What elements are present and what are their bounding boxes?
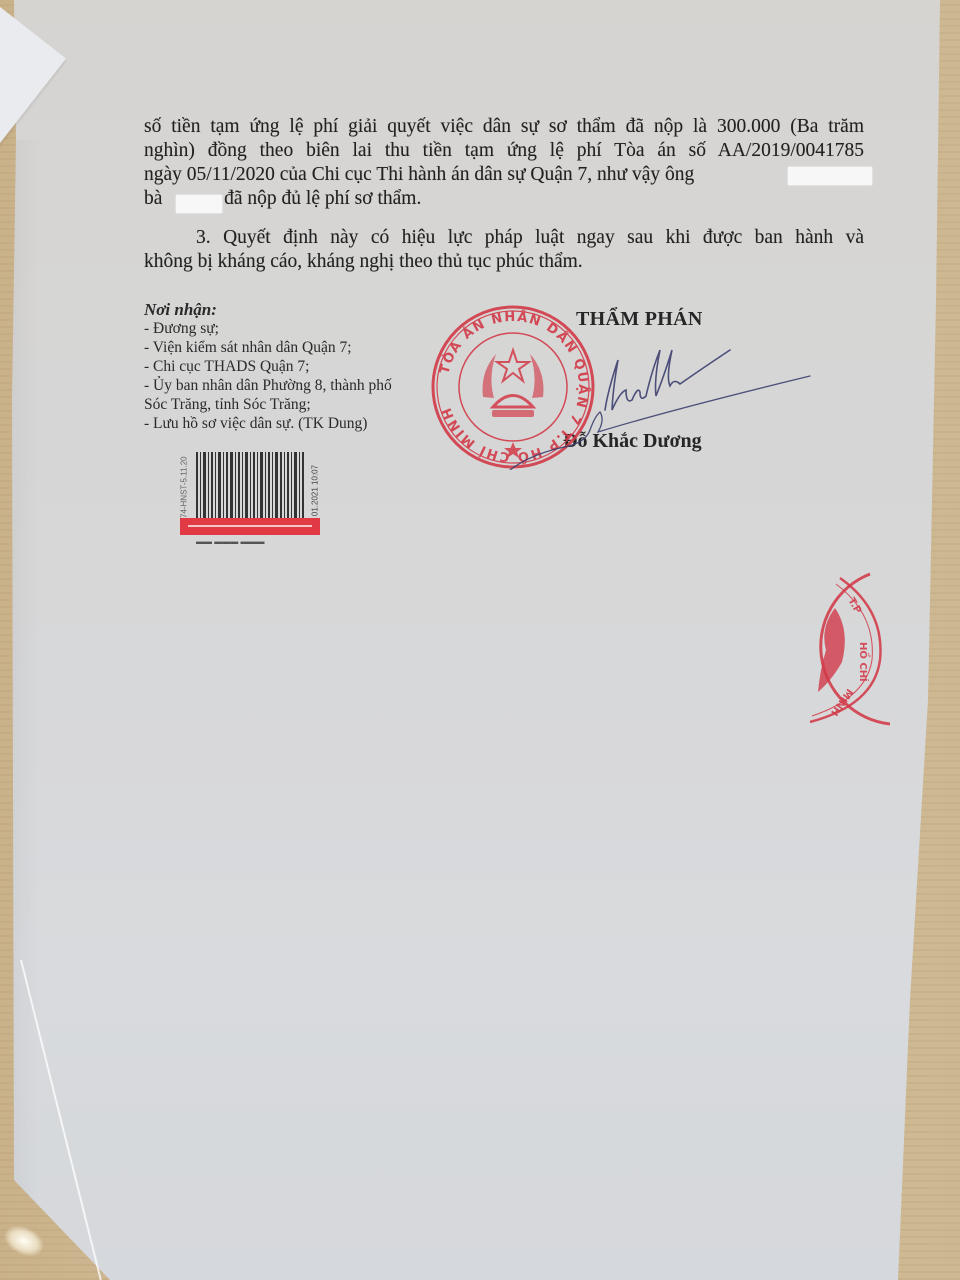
recipient-item: Sóc Trăng, tỉnh Sóc Trăng; [144, 395, 392, 414]
recipient-item: - Lưu hồ sơ việc dân sự. (TK Dung) [144, 414, 392, 433]
recipient-item: - Chi cục THADS Quận 7; [144, 357, 392, 376]
partial-court-seal-stamp: T.P HỒ CHÍ MINH [790, 570, 890, 730]
paragraph-line: ngày 05/11/2020 của Chi cục Thi hành án … [144, 163, 864, 187]
barcode-timestamp: 01.2021 10:07 [311, 456, 320, 526]
barcode-side-text: 074-HNST-5.11.20 [180, 463, 189, 523]
svg-text:MINH: MINH [828, 686, 854, 717]
paragraph-effect-clause: 3. Quyết định này có hiệu lực pháp luật … [144, 226, 864, 274]
paragraph-line: không bị kháng cáo, kháng nghị theo thủ … [144, 250, 864, 274]
recipients-list: Nơi nhận: - Đương sự; - Viện kiểm sát nh… [144, 300, 392, 433]
paragraph-line: 3. Quyết định này có hiệu lực pháp luật … [144, 226, 864, 250]
recipients-title: Nơi nhận: [144, 300, 392, 319]
barcode-label: 074-HNST-5.11.20 01.2021 10:07 ▬▬ ▬▬▬ ▬▬… [160, 448, 320, 548]
recipient-item: - Đương sự; [144, 319, 392, 338]
recipient-item: - Viện kiểm sát nhân dân Quận 7; [144, 338, 392, 357]
svg-text:HỒ CHÍ: HỒ CHÍ [857, 642, 872, 682]
partial-stamp-text: T.P [845, 596, 863, 616]
barcode-footer-text: ▬▬ ▬▬▬ ▬▬▬ [196, 537, 264, 546]
redacted-name-box [788, 167, 872, 185]
paragraph-line-start: bà [144, 188, 162, 209]
paragraph-line: số tiền tạm ứng lệ phí giải quyết việc d… [144, 115, 864, 139]
barcode [196, 452, 304, 526]
paragraph-line: nghìn) đồng theo biên lai thu tiền tạm ứ… [144, 139, 864, 163]
handwritten-signature [470, 330, 820, 470]
recipient-item: - Ủy ban nhân dân Phường 8, thành phố [144, 376, 392, 395]
paragraph-line-end: đã nộp đủ lệ phí sơ thẩm. [224, 188, 421, 209]
redacted-name-box [176, 195, 222, 213]
redacted-barcode-number [180, 518, 320, 535]
paragraph-fee-payment: số tiền tạm ứng lệ phí giải quyết việc d… [144, 115, 864, 211]
paragraph-line: bà đã nộp đủ lệ phí sơ thẩm. [144, 187, 864, 211]
